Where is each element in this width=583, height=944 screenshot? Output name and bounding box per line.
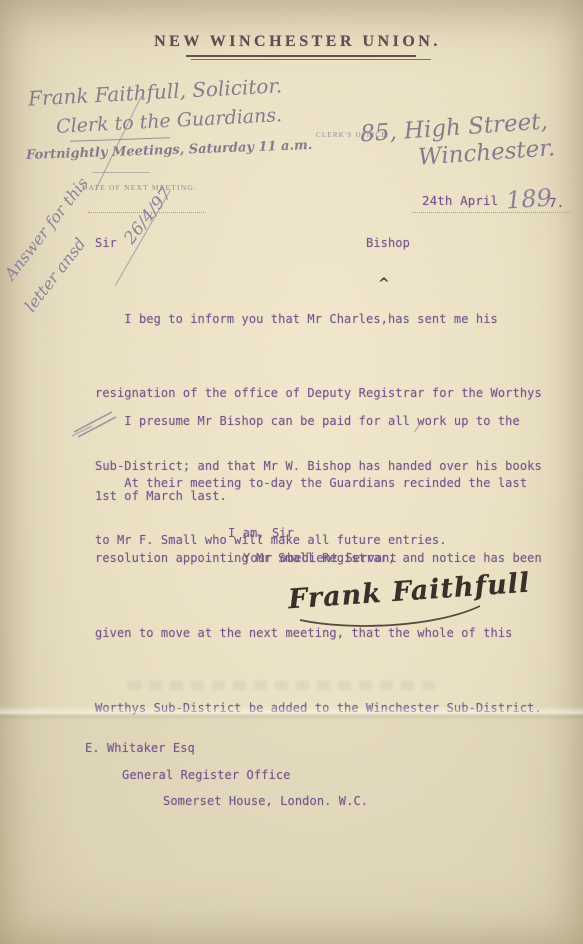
- para1-line1: I beg to inform you that Mr Charles,has …: [95, 307, 542, 332]
- date-day-month: 24th April: [422, 193, 498, 208]
- recipient-address: Somerset House, London. W.C.: [163, 794, 368, 808]
- inserted-word-bishop: Bishop: [366, 236, 410, 250]
- date-year-typed: 7.: [549, 195, 564, 210]
- signature-flourish: [296, 600, 486, 632]
- salutation: Sir: [95, 236, 117, 250]
- next-meeting-label: DATE OF NEXT MEETING.: [82, 183, 197, 192]
- closing-servant: Your obedient Servant: [243, 551, 397, 565]
- date-year-printed: 189: [505, 183, 553, 214]
- title-underline-thin: [191, 59, 431, 60]
- recipient-name: E. Whitaker Esq: [85, 741, 195, 755]
- ink-show-through: [128, 681, 438, 690]
- date-dotted-line: [412, 212, 570, 213]
- title-underline-thick: [186, 55, 416, 57]
- union-title: NEW WINCHESTER UNION.: [6, 33, 583, 51]
- pen-flourish-stroke-2: [95, 96, 142, 191]
- recipient-office: General Register Office: [122, 768, 290, 782]
- meetings-underline: [92, 172, 150, 173]
- closing-i-am: I am, Sir: [228, 526, 294, 540]
- para3-line1: At their meeting to-day the Guardians re…: [95, 471, 542, 496]
- scanned-letter-page: NEW WINCHESTER UNION. Frank Faithfull, S…: [0, 0, 583, 944]
- letterhead-meetings: Fortnightly Meetings, Saturday 11 a.m.: [26, 138, 313, 163]
- handwritten-note-line1: Answer for this: [1, 174, 93, 284]
- letterhead-role: Clerk to the Guardians.: [56, 104, 283, 138]
